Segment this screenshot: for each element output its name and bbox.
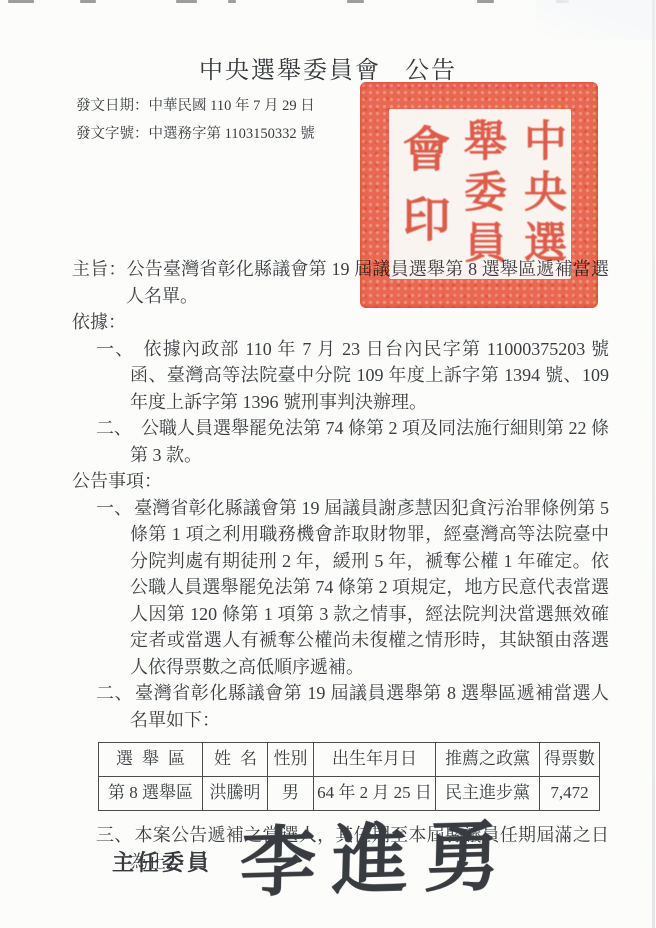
announcement-document: 中央選舉委員會公告 發文日期：中華民國 110 年 7 月 29 日 發文字號：…: [0, 0, 656, 928]
matters-label: 公告事項：: [72, 468, 609, 495]
signature-block: 主任委員 李進勇: [112, 806, 516, 916]
basis-label: 依據：: [72, 309, 609, 336]
scan-mark: [8, 0, 34, 3]
document-body: 主旨：公告臺灣省彰化縣議會第 19 屆議員選舉第 8 選舉區遞補當選人名單。 依…: [72, 256, 609, 875]
chairman-signature: 李進勇: [239, 819, 517, 902]
matters-item-1-number: 一、: [96, 498, 132, 518]
seal-column-2: 舉委員: [451, 118, 511, 271]
basis-item-2-text: 公職人員選舉罷免法第 74 條第 2 項及同法施行細則第 22 條第 3 款。: [130, 418, 609, 465]
scan-mark: [176, 0, 197, 3]
issue-number-line: 發文字號：中選務字第 1103150332 號: [76, 120, 315, 148]
header-electoral-district: 選舉區: [99, 743, 203, 777]
document-meta: 發文日期：中華民國 110 年 7 月 29 日 發文字號：中選務字第 1103…: [76, 92, 315, 148]
header-votes: 得票數: [540, 743, 600, 777]
issue-number-label: 發文字號：: [76, 126, 149, 142]
matters-item-2: 二、臺灣省彰化縣議會第 19 屆議員選舉第 8 選舉區遞補當選人名單如下：: [96, 680, 609, 733]
official-seal: 中央選舉委員會印: [360, 82, 598, 308]
header-sex: 性別: [268, 743, 314, 777]
scan-mark: [477, 0, 494, 3]
candidate-table: 選舉區 姓名 性別 出生年月日 推薦之政黨 得票數 第 8 選舉區 洪騰明 男 …: [98, 742, 600, 811]
issue-date-line: 發文日期：中華民國 110 年 7 月 29 日: [76, 92, 315, 120]
seal-column-1: 中央選: [511, 118, 571, 271]
issue-date-value: 中華民國 110 年 7 月 29 日: [149, 98, 315, 114]
basis-item-1-number: 一、: [96, 339, 134, 359]
header-birthdate: 出生年月日: [314, 743, 436, 777]
chairman-title: 主任委員: [112, 846, 212, 877]
basis-item-1-text: 依據內政部 110 年 7 月 23 日台內民字第 11000375203 號函…: [130, 339, 609, 412]
matters-item-1: 一、臺灣省彰化縣議會第 19 屆議員謝彥慧因犯貪污治罪條例第 5 條第 1 項之…: [96, 495, 609, 681]
header-nominating-party: 推薦之政黨: [436, 743, 540, 777]
matters-item-1-text: 臺灣省彰化縣議會第 19 屆議員謝彥慧因犯貪污治罪條例第 5 條第 1 項之利用…: [130, 498, 609, 677]
matters-item-2-number: 二、: [96, 683, 133, 703]
table-header-row: 選舉區 姓名 性別 出生年月日 推薦之政黨 得票數: [99, 743, 600, 777]
scan-mark: [80, 0, 96, 3]
cell-votes: 7,472: [540, 777, 600, 811]
basis-item-2: 二、公職人員選舉罷免法第 74 條第 2 項及同法施行細則第 22 條第 3 款…: [96, 415, 609, 468]
scan-highlight: [536, 0, 656, 40]
header-name: 姓名: [203, 743, 268, 777]
basis-item-1: 一、依據內政部 110 年 7 月 23 日台內民字第 11000375203 …: [96, 336, 609, 416]
scan-mark: [347, 0, 364, 3]
seal-text: 中央選舉委員會印: [389, 109, 571, 279]
subject-label: 主旨：: [72, 259, 127, 279]
seal-column-3: 會印: [391, 124, 451, 264]
basis-item-2-number: 二、: [96, 418, 132, 438]
document-type: 公告: [405, 58, 457, 84]
matters-item-2-text: 臺灣省彰化縣議會第 19 屆議員選舉第 8 選舉區遞補當選人名單如下：: [130, 683, 609, 730]
document-title: 中央選舉委員會公告: [0, 50, 656, 85]
paper-edge-shadow: [652, 0, 655, 928]
issue-number-value: 中選務字第 1103150332 號: [149, 126, 315, 142]
issuing-org: 中央選舉委員會: [199, 58, 381, 84]
issue-date-label: 發文日期：: [76, 98, 149, 114]
scan-mark: [228, 0, 236, 3]
